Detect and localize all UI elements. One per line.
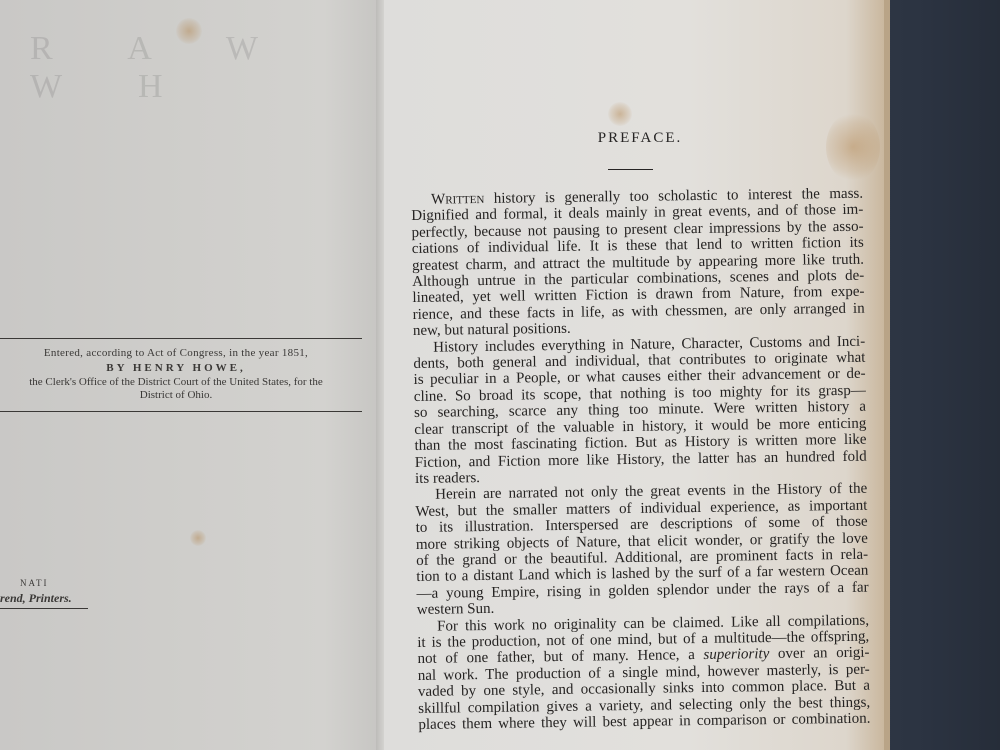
copyright-line-office: the Clerk's Office of the District Court… — [0, 376, 362, 388]
page-title: PREFACE. — [560, 130, 720, 147]
copyright-line-district: District of Ohio. — [0, 389, 362, 401]
foxing-stain-large — [826, 112, 880, 182]
printer-city: NATI — [20, 578, 88, 588]
paragraph-3: Herein are narrated not only the great e… — [415, 481, 869, 619]
copyright-notice: Entered, according to Act of Congress, i… — [0, 338, 362, 412]
drop-word: Written — [431, 191, 484, 208]
title-rule — [608, 169, 653, 170]
preface-body: Written history is generally too scholas… — [411, 186, 871, 734]
foxing-stain — [608, 102, 632, 126]
italic-word: superiority — [703, 646, 769, 663]
top-rule — [0, 338, 362, 339]
printer-name: rend, Printers. — [0, 591, 88, 606]
printer-rule — [0, 608, 88, 609]
foxing-stain — [190, 530, 206, 546]
printer-imprint: NATI rend, Printers. — [0, 578, 88, 609]
copyright-line-entered: Entered, according to Act of Congress, i… — [0, 347, 362, 359]
copyright-line-author: BY HENRY HOWE, — [0, 362, 362, 374]
foxing-stain — [176, 18, 202, 44]
paragraph-1: Written history is generally too scholas… — [411, 186, 865, 340]
paragraph-2: History includes everything in Nature, C… — [413, 333, 867, 487]
bleed-through-title: R A W W H — [30, 30, 382, 106]
bottom-rule — [0, 411, 362, 412]
left-page: R A W W H Entered, according to Act of C… — [0, 0, 382, 750]
dark-cloth-background — [880, 0, 1000, 750]
paragraph-4: For this work no originality can be clai… — [417, 612, 871, 733]
page-edge — [884, 0, 890, 750]
